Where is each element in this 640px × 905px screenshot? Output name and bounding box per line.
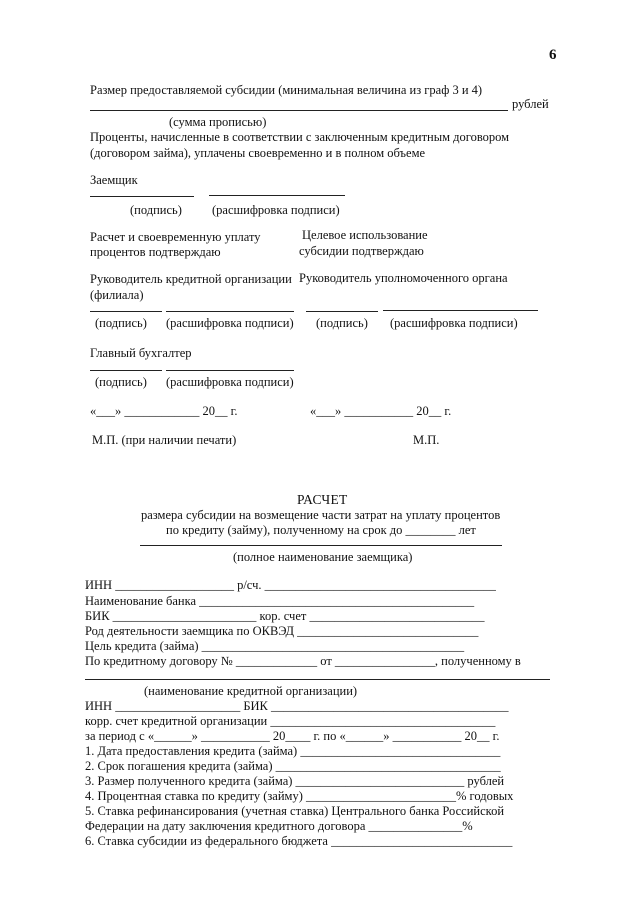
- accountant-signature-decode-line: [166, 370, 294, 371]
- field-bank-name: Наименование банка _____________________…: [85, 595, 474, 608]
- borrower-signature-decode-caption: (расшифровка подписи): [212, 204, 340, 217]
- date-left: «___» ____________ 20__ г.: [90, 405, 237, 418]
- field-purpose: Цель кредита (займа) ___________________…: [85, 640, 464, 653]
- sum-in-words-caption: (сумма прописью): [169, 116, 266, 129]
- head-credit-org-line1: Руководитель кредитной организации: [90, 273, 292, 286]
- field-contract: По кредитному договору № _____________ о…: [85, 655, 521, 668]
- item-3: 3. Размер полученного кредита (займа) __…: [85, 775, 504, 788]
- confirm-interest-line2: процентов подтверждаю: [90, 246, 221, 259]
- calc-title: РАСЧЕТ: [297, 493, 348, 507]
- borrower-fullname-line: [140, 545, 502, 546]
- subsidy-size-label: Размер предоставляемой субсидии (минимал…: [90, 84, 482, 97]
- credit-org-signature-line: [90, 311, 162, 312]
- accountant-signature-line: [90, 370, 162, 371]
- subsidy-amount-line: [90, 110, 508, 111]
- item-5-line2: Федерации на дату заключения кредитного …: [85, 820, 473, 833]
- field-corr-account: корр. счет кредитной организации _______…: [85, 715, 495, 728]
- field-bik: БИК _______________________ кор. счет __…: [85, 610, 484, 623]
- borrower-label: Заемщик: [90, 174, 138, 187]
- confirm-interest-line1: Расчет и своевременную уплату: [90, 231, 261, 244]
- calc-subtitle-line1: размера субсидии на возмещение части зат…: [141, 509, 500, 522]
- authorized-signature-decode-line: [383, 310, 538, 311]
- borrower-signature-line: [90, 196, 194, 197]
- stamp-right: М.П.: [413, 434, 439, 447]
- credit-org-name-line: [85, 679, 550, 680]
- field-inn-bik: ИНН ____________________ БИК ___________…: [85, 700, 509, 713]
- page-number: 6: [549, 48, 557, 63]
- rubles-label: рублей: [512, 98, 549, 111]
- confirm-purpose-line2: субсидии подтверждаю: [299, 245, 424, 258]
- chief-accountant-label: Главный бухгалтер: [90, 347, 192, 360]
- credit-org-signature-decode-line: [166, 311, 294, 312]
- field-okved: Род деятельности заемщика по ОКВЭД _____…: [85, 625, 478, 638]
- calc-subtitle-line2: по кредиту (займу), полученному на срок …: [166, 524, 476, 537]
- item-2: 2. Срок погашения кредита (займа) ______…: [85, 760, 501, 773]
- authorized-signature-decode-caption: (расшифровка подписи): [390, 317, 518, 330]
- interest-statement-line2: (договором займа), уплачены своевременно…: [90, 147, 425, 160]
- credit-org-signature-caption: (подпись): [95, 317, 147, 330]
- item-5-line1: 5. Ставка рефинансирования (учетная став…: [85, 805, 504, 818]
- interest-statement-line1: Проценты, начисленные в соответствии с з…: [90, 131, 509, 144]
- stamp-left: М.П. (при наличии печати): [92, 434, 236, 447]
- accountant-signature-caption: (подпись): [95, 376, 147, 389]
- date-right: «___» ___________ 20__ г.: [310, 405, 451, 418]
- borrower-signature-caption: (подпись): [130, 204, 182, 217]
- item-6: 6. Ставка субсидии из федерального бюдже…: [85, 835, 512, 848]
- authorized-signature-line: [306, 311, 378, 312]
- authorized-signature-caption: (подпись): [316, 317, 368, 330]
- head-credit-org-line2: (филиала): [90, 289, 144, 302]
- accountant-signature-decode-caption: (расшифровка подписи): [166, 376, 294, 389]
- head-authorized-body: Руководитель уполномоченного органа: [299, 272, 508, 285]
- borrower-signature-decode-line: [209, 195, 345, 196]
- credit-org-signature-decode-caption: (расшифровка подписи): [166, 317, 294, 330]
- field-period: за период с «______» ___________ 20____ …: [85, 730, 499, 743]
- item-1: 1. Дата предоставления кредита (займа) _…: [85, 745, 500, 758]
- confirm-purpose-line1: Целевое использование: [302, 229, 428, 242]
- field-inn: ИНН ___________________ р/сч. __________…: [85, 579, 496, 592]
- credit-org-name-caption: (наименование кредитной организации): [144, 685, 357, 698]
- borrower-fullname-caption: (полное наименование заемщика): [233, 551, 412, 564]
- item-4: 4. Процентная ставка по кредиту (займу) …: [85, 790, 513, 803]
